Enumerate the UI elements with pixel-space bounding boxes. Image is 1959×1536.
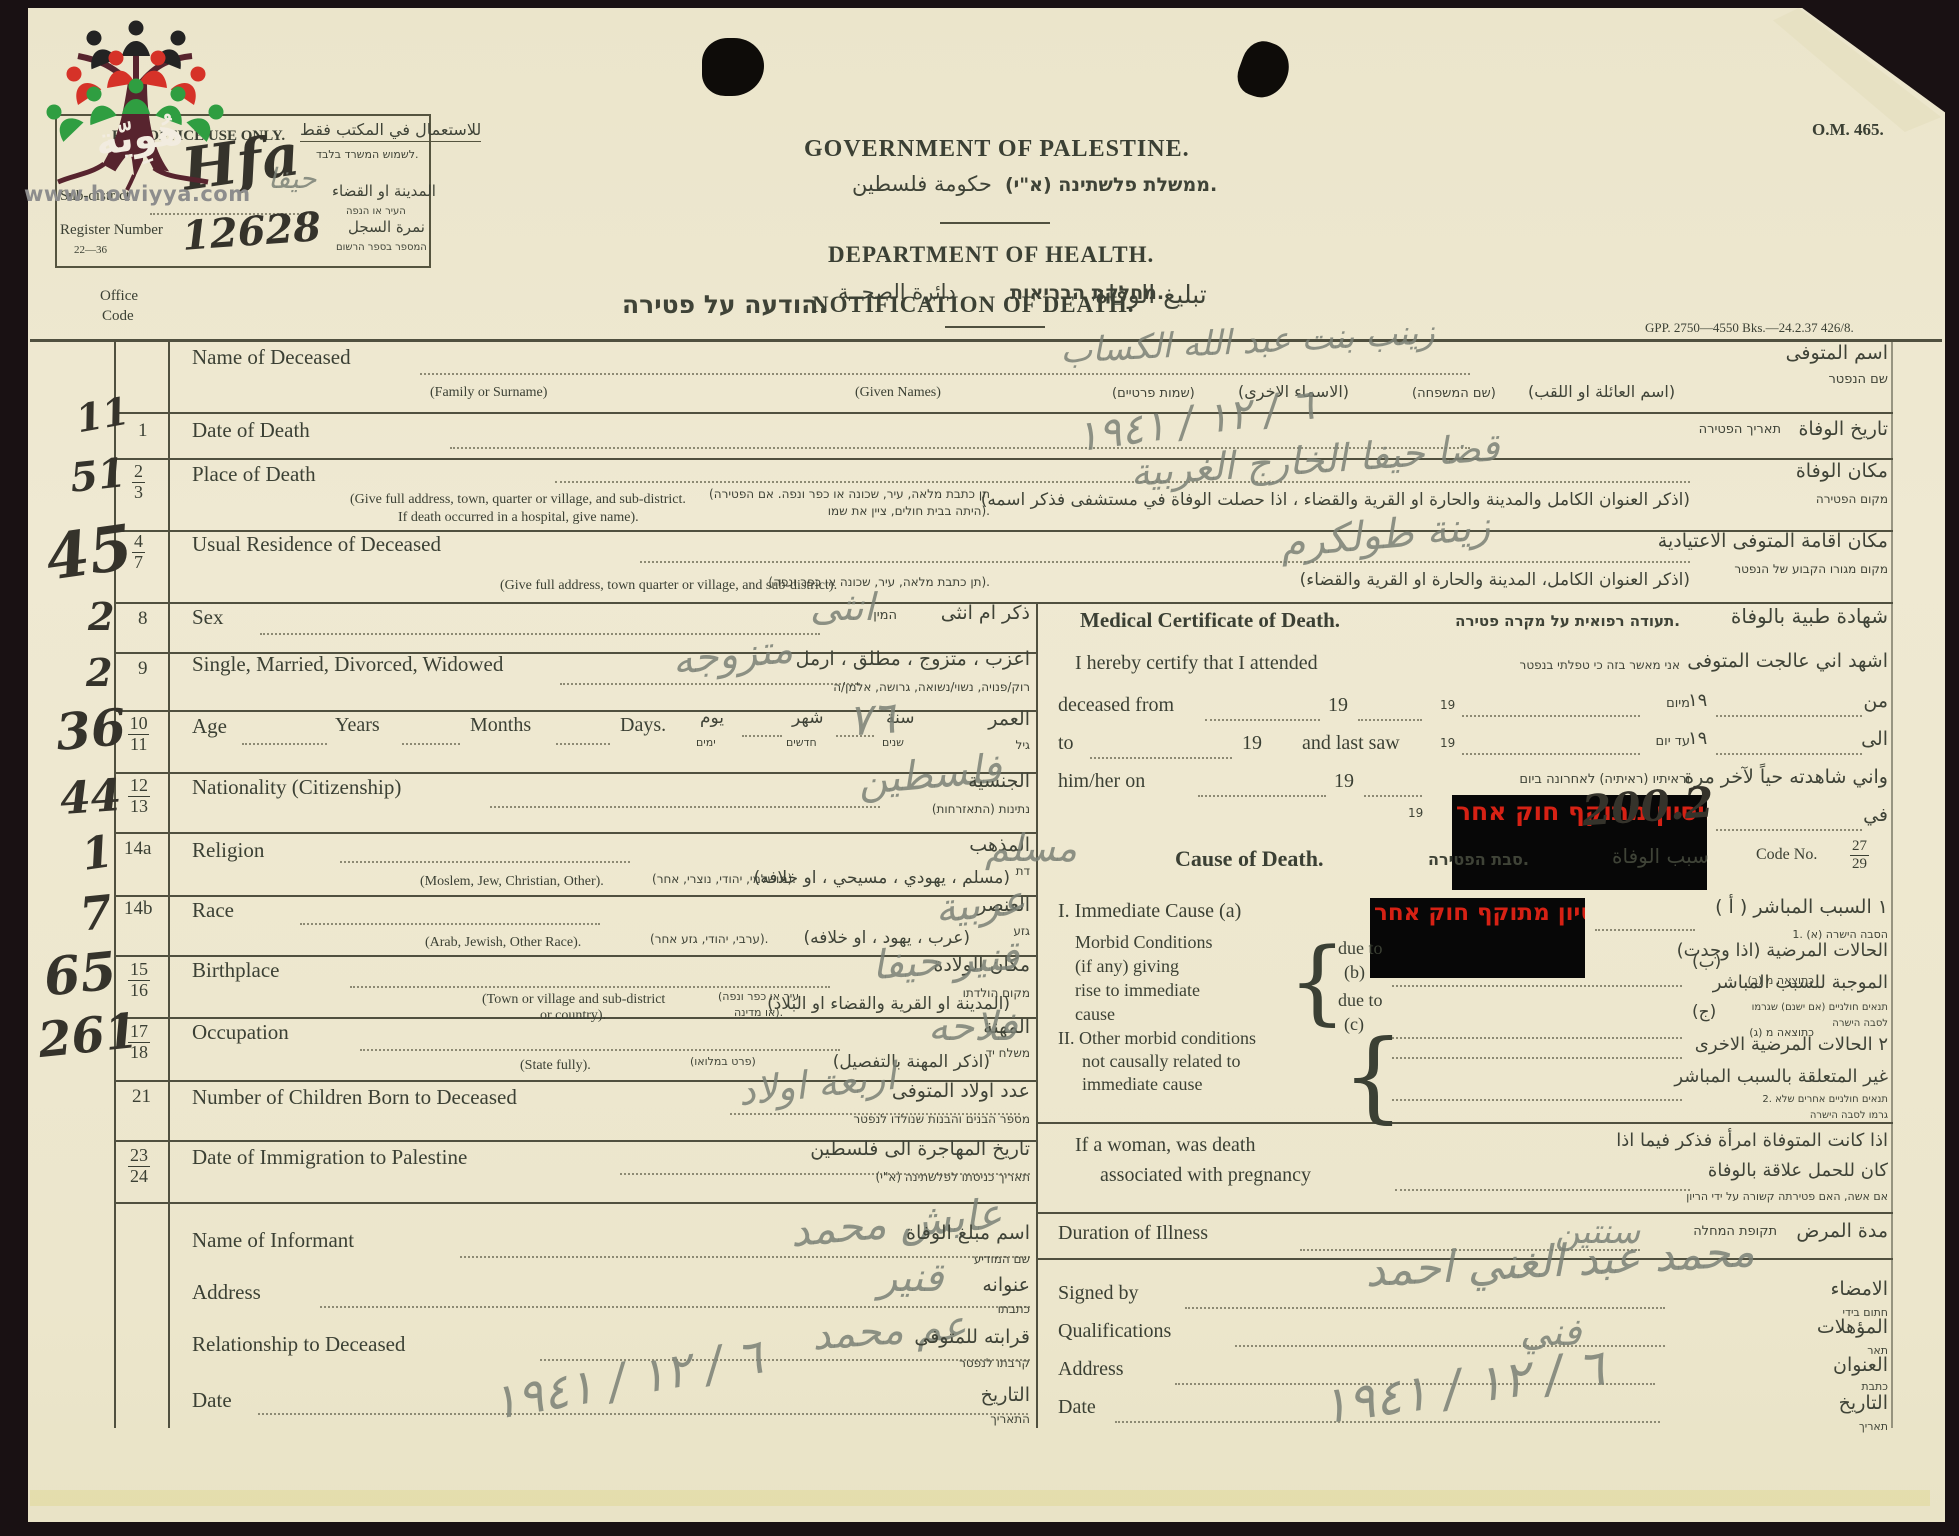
- sex-handwritten: انثى: [810, 585, 874, 629]
- year-19: 19: [1334, 770, 1354, 793]
- dotted-line: [360, 1048, 840, 1051]
- field-label-hebrew: מקום מגורו הקבוע של הנפטר: [1734, 562, 1888, 576]
- sub-label-arabic: (اسم العائلة او اللقب): [1528, 382, 1675, 401]
- religion-handwritten: مسلم: [985, 826, 1077, 870]
- field-label-arabic: تاريخ المهاجرة الى فلسطين: [810, 1138, 1030, 1160]
- row-line: [1036, 1122, 1893, 1124]
- field-note-hebrew: (תן כתבת מלאה, עיר, שכונה או כפר ונפה).: [768, 575, 990, 589]
- field-label-arabic: العمر: [988, 708, 1030, 730]
- year-19-arabic: ١٩: [1688, 728, 1707, 749]
- field-label: Single, Married, Divorced, Widowed: [192, 652, 503, 677]
- occupation-handwritten: فلاحه: [928, 1004, 1017, 1050]
- dotted-line: [1392, 1036, 1682, 1039]
- woman-arabic: اذا كانت المتوفاة امرأة فذكر فيما اذا: [1616, 1130, 1888, 1151]
- register-value-handwritten: 12628: [181, 203, 323, 260]
- field-label-arabic: اسم المتوفى: [1786, 342, 1888, 364]
- field-label-arabic: الجنسية: [968, 770, 1030, 792]
- from-label-arabic: من: [1863, 690, 1888, 712]
- brace-glyph: {: [1342, 1020, 1404, 1134]
- dotted-line: [1395, 1188, 1690, 1191]
- field-label: Place of Death: [192, 462, 316, 487]
- subdistrict-label-arabic: المدينة او القضاء: [332, 182, 436, 200]
- address-label: Address: [1058, 1358, 1124, 1381]
- field-label-arabic: مكان الوفاة: [1796, 460, 1888, 482]
- field-label-hebrew: מספר הבנים והבנות שנולדו לנפטר: [853, 1112, 1030, 1126]
- field-label-hebrew: רוק/פנויה, נשוי/נשואה, גרושה, אלמן/ה: [833, 680, 1030, 694]
- row-number: 1718: [128, 1022, 150, 1063]
- duration-arabic: مدة المرض: [1796, 1220, 1888, 1242]
- qualifications-arabic: المؤهلات: [1817, 1316, 1888, 1338]
- field-note: (Moslem, Jew, Christian, Other).: [420, 874, 604, 890]
- dotted-line: [1205, 718, 1320, 721]
- year-19: 19: [1328, 694, 1348, 717]
- field-label: Address: [192, 1280, 261, 1305]
- field-label: Usual Residence of Deceased: [192, 532, 441, 557]
- morbid-text: cause: [1075, 1004, 1115, 1025]
- dotted-line: [1462, 714, 1640, 717]
- row-number: 1516: [128, 960, 150, 1001]
- dotted-line: [640, 560, 1690, 563]
- duration-label: Duration of Illness: [1058, 1222, 1208, 1245]
- field-label-hebrew: נתינות (התאזרחות): [932, 802, 1030, 816]
- margin-code: 261: [35, 1003, 141, 1069]
- subdistrict-value-arabic-handwritten: حيفا: [268, 162, 316, 195]
- field-label: Name of Deceased: [192, 345, 351, 370]
- age-years-label: Years: [335, 714, 380, 737]
- certify-text-arabic: اشهد اني عالجت المتوفى: [1687, 650, 1888, 672]
- field-label-arabic: اسم مبلغ الوفاة: [906, 1222, 1030, 1244]
- form-number: O.M. 465.: [1812, 120, 1884, 140]
- dotted-line: [1185, 1306, 1665, 1309]
- dotted-line: [1358, 718, 1422, 721]
- to-label-hebrew: עד יום: [1656, 734, 1690, 749]
- dotted-line: [1364, 794, 1422, 797]
- field-label: Sex: [192, 605, 224, 630]
- field-label-hebrew: התאריך: [990, 1412, 1030, 1426]
- to-label: to: [1058, 732, 1074, 755]
- certify-text: I hereby certify that I attended: [1075, 652, 1318, 675]
- row-line: [1036, 1212, 1893, 1214]
- signed-by-label: Signed by: [1058, 1282, 1139, 1305]
- column-line: [168, 341, 170, 1428]
- field-label-arabic: مكان اقامة المتوفى الاعتيادية: [1658, 530, 1888, 552]
- government-title: GOVERNMENT OF PALESTINE.: [804, 136, 1190, 163]
- field-label: Birthplace: [192, 958, 279, 983]
- margin-code: 36: [54, 697, 128, 762]
- code-no-fraction: 2729: [1850, 838, 1869, 872]
- age-day-arabic: يوم: [700, 708, 724, 728]
- field-label: Date of Immigration to Palestine: [192, 1145, 467, 1170]
- field-label: Date of Death: [192, 418, 310, 443]
- dotted-line: [300, 922, 600, 925]
- date-arabic: التاريخ: [1839, 1392, 1888, 1414]
- field-label-hebrew: תאריך כניסתו לפלשתינה (א"י): [876, 1170, 1030, 1184]
- office-use-title-arabic: للاستعمال في المكتب فقط: [300, 120, 481, 142]
- print-reference: GPP. 2750—4550 Bks.—24.2.37 426/8.: [1645, 320, 1854, 336]
- margin-code: 45: [41, 510, 137, 594]
- office-use-title-hebrew: לשמוש המשרד בלבד.: [316, 148, 418, 161]
- year-19-hebrew: 19: [1440, 698, 1455, 712]
- tree-people-logo-icon: هُوِيّة: [20, 12, 255, 192]
- dotted-line: [1392, 1098, 1682, 1101]
- medical-title-arabic: شهادة طبية بالوفاة: [1731, 604, 1888, 628]
- code-note-handwritten: 200.2: [1580, 777, 1715, 835]
- due-c-arabic: (ج): [1692, 1002, 1716, 1022]
- field-note-arabic: (اذكر العنوان الكامل والمدينة والحارة او…: [981, 490, 1690, 510]
- field-label-arabic: عنوانه: [982, 1274, 1030, 1296]
- code-no-label: Code No.: [1756, 846, 1817, 864]
- row-number: 2324: [128, 1146, 150, 1187]
- dotted-line: [555, 480, 1690, 483]
- notification-title-hebrew: הודעה על פטירה.: [622, 290, 828, 319]
- field-note-hebrew: (תן כתבת מלאה, עיר, שכונה או כפר ונפה. א…: [709, 487, 990, 501]
- dotted-line: [460, 1255, 1030, 1258]
- dotted-line: [402, 742, 460, 745]
- immediate-cause-label: I. Immediate Cause (a): [1058, 900, 1241, 923]
- field-label-arabic: تاريخ الوفاة: [1798, 418, 1888, 440]
- row-line: [114, 458, 1893, 460]
- field-label: Religion: [192, 838, 264, 863]
- him-her-label: him/her on: [1058, 770, 1145, 793]
- register-label: Register Number: [60, 222, 163, 239]
- sub-label: (Given Names): [855, 385, 941, 401]
- cause-title-hebrew: סבת הפטירה.: [1428, 850, 1529, 869]
- other-morbid-arabic: غير المتعلقة بالسبب المباشر: [1674, 1066, 1888, 1087]
- notification-title-arabic: تبليغ الوفاة: [1095, 280, 1207, 309]
- race-handwritten: عربية: [933, 877, 1028, 932]
- fi-label-arabic: في: [1863, 804, 1888, 826]
- howiyya-logo: هُوِيّة www.howiyya.com: [20, 12, 255, 197]
- field-label-hebrew: גיל: [1016, 738, 1030, 752]
- woman-hebrew: אם אשה, האם פטירתה קשורה על ידי הריון: [1686, 1190, 1888, 1203]
- scan-band: [30, 1490, 1930, 1506]
- dotted-line: [560, 682, 860, 685]
- field-label: Number of Children Born to Deceased: [192, 1085, 517, 1110]
- due-to-label: due to: [1338, 990, 1383, 1011]
- other-morbid-text: not causally related to: [1082, 1051, 1240, 1072]
- dotted-line: [350, 985, 830, 988]
- year-19-arabic: ١٩: [1688, 690, 1707, 711]
- age-day-hebrew: ימים: [696, 736, 716, 749]
- field-label-hebrew: מקום הפטירה: [1816, 492, 1888, 506]
- margin-code: 11: [72, 388, 132, 442]
- department-title: DEPARTMENT OF HEALTH.: [828, 242, 1154, 268]
- dotted-line: [258, 1412, 1028, 1415]
- field-note: If death occurred in a hospital, give na…: [398, 510, 639, 526]
- row-number: 21: [132, 1086, 151, 1108]
- dotted-line: [1716, 714, 1862, 717]
- field-note-hebrew: (פרט במלואו): [690, 1055, 756, 1068]
- field-label: Age: [192, 714, 227, 739]
- dotted-line: [420, 372, 1470, 375]
- register-label-arabic: نمرة السجل: [348, 218, 425, 236]
- year-19-hebrew: 19: [1440, 736, 1455, 750]
- dotted-line: [1595, 928, 1695, 931]
- immediate-cause-arabic: ١ السبب المباشر ( أ ): [1715, 896, 1888, 918]
- column-line-right: [1891, 341, 1893, 1428]
- field-label-hebrew: תאריך הפטירה: [1699, 422, 1781, 437]
- due-b-label: (b): [1344, 962, 1365, 983]
- morbid-arabic: الحالات المرضية (اذا وجدت): [1677, 940, 1888, 961]
- morbid-text: (if any) giving: [1075, 956, 1179, 977]
- field-label-arabic: ذكر ام انثى: [941, 602, 1030, 624]
- row-line: [114, 832, 1038, 834]
- field-label-hebrew: כתבתו: [998, 1302, 1030, 1316]
- row-number: 1011: [128, 714, 149, 755]
- rule-top: [30, 339, 1942, 342]
- margin-code: 2: [88, 594, 114, 639]
- from-label-hebrew: מיום: [1666, 696, 1690, 711]
- address-arabic: العنوان: [1833, 1354, 1888, 1376]
- sub-label: (Family or Surname): [430, 385, 547, 401]
- age-handwritten: ٧٦: [846, 692, 897, 746]
- field-note-arabic: (اذكر العنوان الكامل، المدينة والحارة او…: [1300, 570, 1690, 590]
- field-label-arabic: التاريخ: [981, 1384, 1030, 1406]
- age-months-label: Months: [470, 714, 531, 737]
- dotted-line: [1392, 1056, 1682, 1059]
- field-label: Occupation: [192, 1020, 289, 1045]
- informant-address-handwritten: قنير: [878, 1255, 943, 1301]
- field-note: (Give full address, town, quarter or vil…: [350, 492, 686, 508]
- field-label-hebrew: מקום הולדתו: [963, 986, 1030, 1000]
- and-last-saw-label: and last saw: [1302, 732, 1400, 755]
- year-19-hebrew: 19: [1408, 806, 1423, 820]
- other-morbid-arabic: ٢ الحالات المرضية الاخرى: [1695, 1034, 1888, 1055]
- row-number: 14b: [124, 898, 153, 920]
- field-label-hebrew: שם הנפטר: [1828, 372, 1888, 387]
- margin-code: 65: [41, 940, 119, 1008]
- morbid-arabic: الموجبة للسبب المباشر: [1713, 972, 1888, 993]
- field-note-hebrew: (ערבי, יהודי, גזע אחר).: [650, 932, 768, 946]
- field-label-hebrew: שם המודיע: [974, 1252, 1030, 1266]
- cause-title: Cause of Death.: [1175, 846, 1324, 872]
- dotted-line: [490, 805, 880, 808]
- dotted-line: [556, 742, 610, 745]
- field-label: Relationship to Deceased: [192, 1332, 405, 1357]
- woman-text: associated with pregnancy: [1100, 1164, 1311, 1187]
- government-title-hebrew: ממשלת פלשתינה (א"י).: [1005, 174, 1217, 196]
- woman-arabic: كان للحمل علاقة بالوفاة: [1708, 1160, 1888, 1181]
- row-line: [114, 412, 1893, 414]
- field-label: Race: [192, 898, 234, 923]
- dotted-line: [340, 860, 630, 863]
- field-label-hebrew: קרבתו לנפטר: [959, 1356, 1030, 1370]
- cause-title-arabic: سبب الوفاة: [1612, 844, 1709, 868]
- certify-text-hebrew: אני מאשר בזה כי טפלתי בנפטר: [1520, 658, 1680, 672]
- divider: [945, 326, 1045, 328]
- morbid-hebrew: לסבה הישרה: [1832, 1018, 1888, 1029]
- watermark-url: www.howiyya.com: [24, 182, 251, 206]
- dotted-line: [1716, 828, 1862, 831]
- other-morbid-text: immediate cause: [1082, 1074, 1202, 1095]
- dotted-line: [1090, 756, 1232, 759]
- field-label-arabic: اعزب ، متزوج ، مطلق ، ارمل: [796, 648, 1030, 670]
- row-number: 8: [138, 608, 148, 630]
- field-label-arabic: قرابته للمتوفى: [914, 1326, 1030, 1348]
- row-number: 1: [138, 420, 148, 442]
- sub-label-hebrew: (שם המשפחה): [1412, 386, 1496, 401]
- margin-code: 2: [86, 650, 112, 695]
- row-number: 47: [132, 532, 145, 573]
- other-morbid-hebrew: גרמו לסבה הישרה: [1810, 1110, 1888, 1121]
- woman-text: If a woman, was death: [1075, 1134, 1256, 1157]
- office-code-label: Office: [100, 288, 138, 305]
- row-number: 14a: [124, 838, 151, 860]
- field-note: or country).: [540, 1008, 606, 1024]
- date-hebrew: תאריך: [1859, 1420, 1888, 1433]
- row-number: 23: [132, 462, 145, 503]
- column-line: [114, 341, 116, 1428]
- register-label-hebrew: המספר בספר הרשום: [336, 242, 427, 253]
- field-label: Name of Informant: [192, 1228, 354, 1253]
- row-number: 1213: [128, 776, 150, 817]
- margin-code: 7: [77, 884, 114, 941]
- other-morbid-text: II. Other morbid conditions: [1058, 1028, 1256, 1049]
- to-label-arabic: الى: [1861, 728, 1888, 750]
- redaction-box: חיסיון מתוקף חוק אחר: [1370, 898, 1585, 978]
- subdistrict-label-hebrew: העיר או הנפה: [346, 206, 406, 217]
- date-label: Date: [1058, 1396, 1096, 1419]
- dotted-line: [242, 742, 327, 745]
- row-line: [114, 895, 1038, 897]
- field-note: (Arab, Jewish, Other Race).: [425, 935, 581, 951]
- dotted-line: [742, 734, 782, 737]
- margin-code: 51: [68, 449, 128, 502]
- dotted-line: [1392, 984, 1682, 987]
- year-19: 19: [1242, 732, 1262, 755]
- morbid-text: Morbid Conditions: [1075, 932, 1213, 953]
- medical-title-hebrew: תעודה רפואית על מקרה פטירה.: [1455, 612, 1680, 630]
- medical-panel-border: [1036, 602, 1038, 1428]
- deceased-from-label: deceased from: [1058, 694, 1174, 717]
- register-note: 22—36: [74, 244, 107, 256]
- field-note: (Town or village and sub-district: [482, 992, 665, 1008]
- field-label: Nationality (Citizenship): [192, 775, 401, 800]
- dotted-line: [1198, 794, 1326, 797]
- dotted-line: [1716, 752, 1862, 755]
- government-title-arabic: حكومة فلسطين: [852, 172, 992, 196]
- age-month-hebrew: חדשים: [786, 736, 817, 749]
- field-note-hebrew: היתה בבית חולים, ציין את שמו).: [828, 504, 990, 518]
- age-days-label: Days.: [620, 714, 666, 737]
- divider: [940, 222, 1050, 224]
- medical-title: Medical Certificate of Death.: [1080, 608, 1340, 633]
- field-note: (State fully).: [520, 1058, 591, 1074]
- other-morbid-hebrew: 2. תנאים חולניים אחרים שלא: [1762, 1094, 1888, 1105]
- signed-arabic: الامضاء: [1831, 1278, 1889, 1300]
- qualifications-label: Qualifications: [1058, 1320, 1171, 1343]
- margin-code: 44: [58, 770, 123, 825]
- age-month-arabic: شهر: [792, 708, 823, 728]
- field-label: Date: [192, 1388, 232, 1413]
- due-to-label: due to: [1338, 938, 1383, 959]
- notification-title: NOTIFICATION OF DEATH.: [812, 292, 1135, 318]
- morbid-hebrew: תנאים חולניים (אם ישנם) שגרמו: [1752, 1002, 1888, 1013]
- field-label-hebrew: המין: [873, 608, 897, 623]
- lastsaw-label-arabic: واني شاهدته حياً لآخر مرة: [1684, 766, 1888, 788]
- row-number: 9: [138, 658, 148, 680]
- morbid-text: rise to immediate: [1075, 980, 1200, 1001]
- office-code-label: Code: [102, 308, 134, 325]
- dotted-line: [1462, 752, 1640, 755]
- field-label-arabic: عدد اولاد المتوفى: [892, 1080, 1030, 1102]
